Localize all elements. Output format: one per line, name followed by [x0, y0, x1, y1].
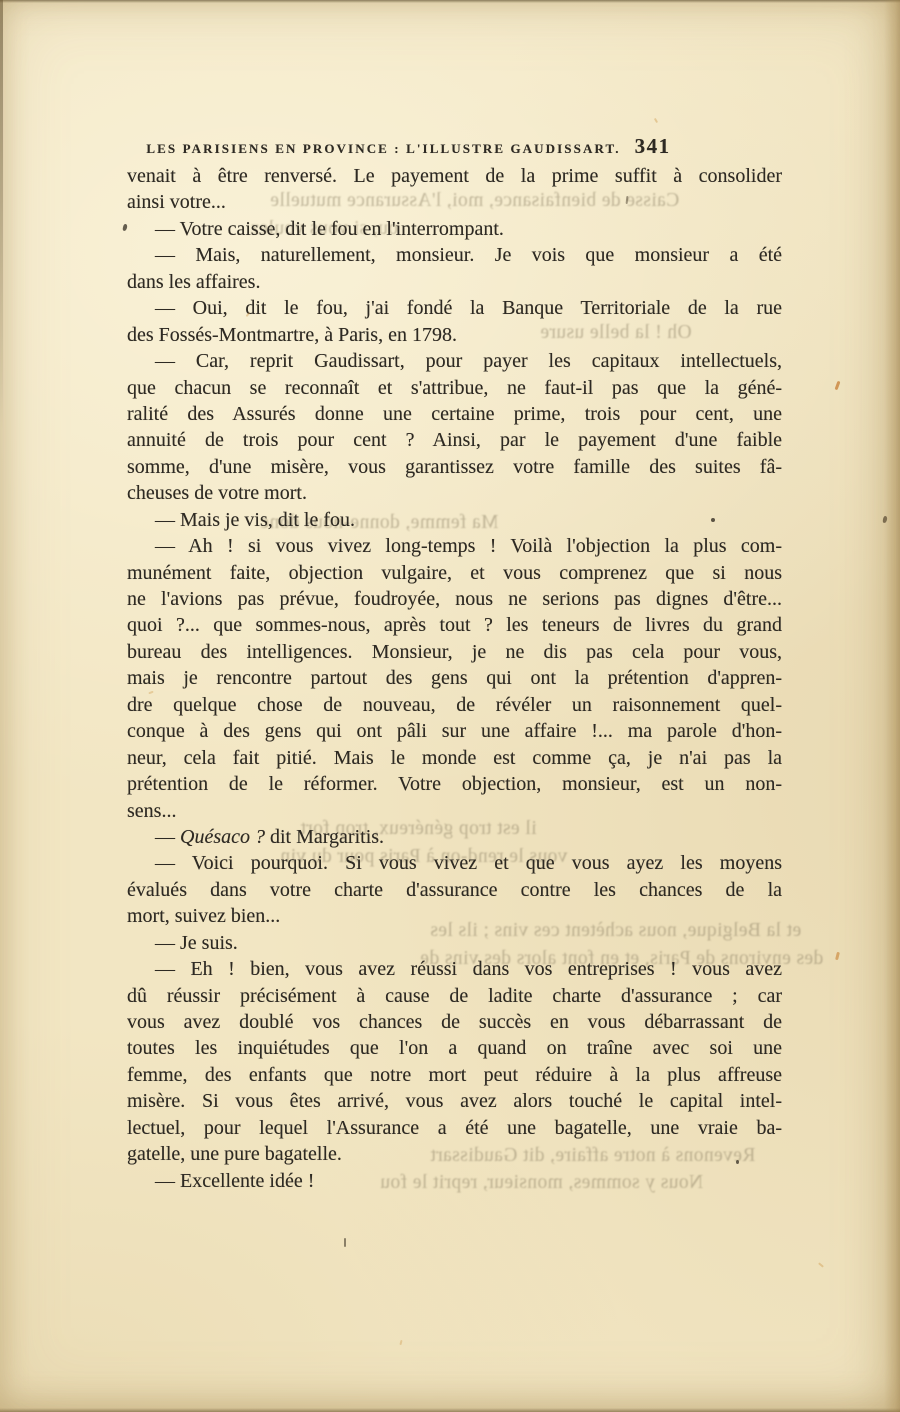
paper-fiber	[654, 118, 658, 123]
text-line: munément faite, objection vulgaire, et v…	[127, 560, 782, 586]
text-line: dans les affaires.	[127, 269, 782, 295]
text-line: vous avez doublé vos chances de succès e…	[127, 1009, 782, 1035]
text-line: — Quésaco ? dit Margaritis.	[127, 824, 782, 850]
scan-edge-left	[0, 0, 3, 430]
ink-speck	[835, 381, 841, 390]
text-line: des Fossés-Montmartre, à Paris, en 1798.	[127, 322, 782, 348]
text-line: mais je rencontre partout des gens qui o…	[127, 665, 782, 691]
text-line: — Excellente idée !	[127, 1168, 782, 1194]
text-line: — Ah ! si vous vivez long-temps ! Voilà …	[127, 533, 782, 559]
text-line: — Je suis.	[127, 930, 782, 956]
text-line: somme, d'une misère, vous garantissez vo…	[127, 454, 782, 480]
text-line: quoi ?... que sommes-nous, après tout ? …	[127, 612, 782, 638]
text-line: prétention de le réformer. Votre objecti…	[127, 771, 782, 797]
text-line: venait à être renversé. Le payement de l…	[127, 163, 782, 189]
text-line: — Mais je vis, dit le fou.	[127, 507, 782, 533]
page-header: LES PARISIENS EN PROVINCE : L'ILLUSTRE G…	[81, 134, 736, 159]
page-body-text: venait à être renversé. Le payement de l…	[127, 163, 782, 1194]
ink-speck	[835, 952, 840, 960]
text-line: mort, suivez bien...	[127, 903, 782, 929]
text-line: annuité de trois pour cent ? Ainsi, par …	[127, 427, 782, 453]
text-line: que chacun se reconnaît et s'attribue, n…	[127, 375, 782, 401]
paper-fiber	[399, 1340, 402, 1345]
text-line: — Votre caisse, dit le fou en l'interrom…	[127, 216, 782, 242]
paper-fiber	[818, 1262, 824, 1267]
scanned-book-page: Caisse de bienfaisance, moi, l'Assurance…	[0, 0, 900, 1412]
text-line: sens...	[127, 798, 782, 824]
text-line: ainsi votre...	[127, 189, 782, 215]
text-line: — Voici pourquoi. Si vous vivez et que v…	[127, 850, 782, 876]
text-line: toutes les inquiétudes que l'on a quand …	[127, 1035, 782, 1061]
text-line: femme, des enfants que notre mort peut r…	[127, 1062, 782, 1088]
text-line: neur, cela fait pitié. Mais le monde est…	[127, 745, 782, 771]
text-line: lectuel, pour lequel l'Assurance a été u…	[127, 1115, 782, 1141]
scan-edge-top	[0, 0, 900, 3]
text-line: évalués dans votre charte d'assurance co…	[127, 877, 782, 903]
text-line: conque à des gens qui ont pâli sur une a…	[127, 718, 782, 744]
scan-edge-right	[884, 0, 900, 1412]
text-line: dre quelque chose de nouveau, de révéler…	[127, 692, 782, 718]
text-line: — Oui, dit le fou, j'ai fondé la Banque …	[127, 295, 782, 321]
text-line: cheuses de votre mort.	[127, 480, 782, 506]
text-line: dû réussir précisément à cause de ladite…	[127, 983, 782, 1009]
text-line: ralité des Assurés donne une certaine pr…	[127, 401, 782, 427]
text-line: gatelle, une pure bagatelle.	[127, 1141, 782, 1167]
text-line: — Eh ! bien, vous avez réussi dans vos e…	[127, 956, 782, 982]
text-line: misère. Si vous êtes arrivé, vous avez a…	[127, 1088, 782, 1114]
text-line: — Mais, naturellement, monsieur. Je vois…	[127, 242, 782, 268]
running-title: LES PARISIENS EN PROVINCE : L'ILLUSTRE G…	[146, 141, 620, 157]
scan-edge-bottom	[0, 1408, 900, 1412]
text-line: bureau des intelligences. Monsieur, je n…	[127, 639, 782, 665]
text-line: ne l'avions pas prévue, foudroyée, nous …	[127, 586, 782, 612]
page-number: 341	[635, 134, 671, 159]
ink-speck	[344, 1238, 346, 1247]
text-line: — Car, reprit Gaudissart, pour payer les…	[127, 348, 782, 374]
